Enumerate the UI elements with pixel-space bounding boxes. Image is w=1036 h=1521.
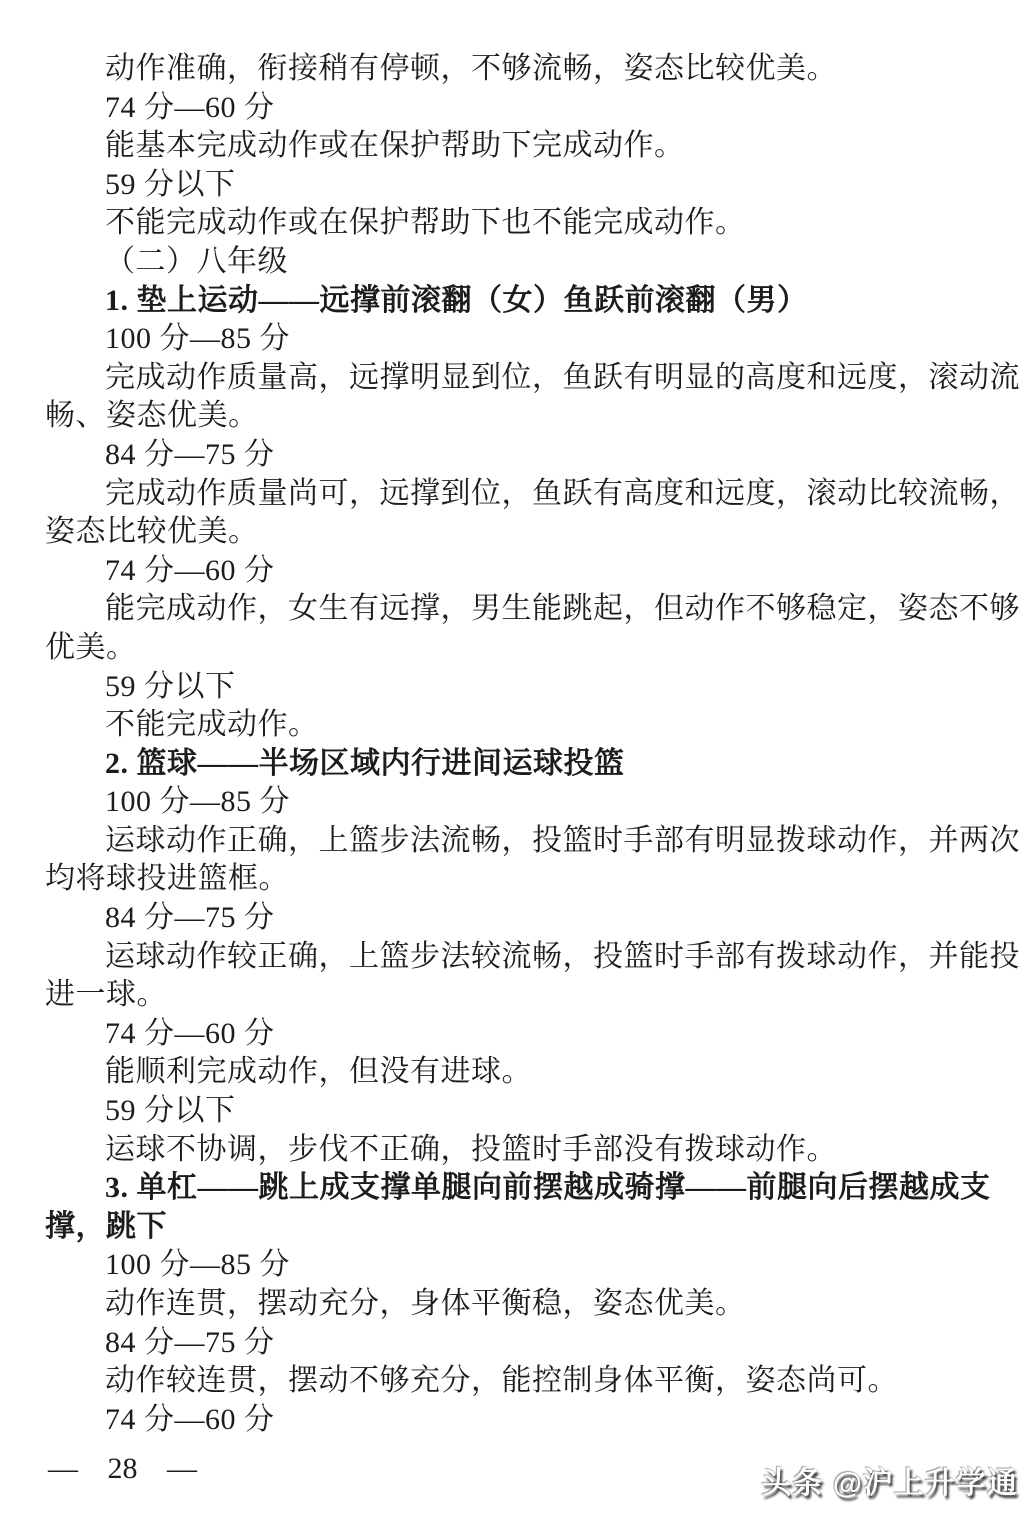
text-line: 运球不协调，步伐不正确，投篮时手部没有拨球动作。 (45, 1131, 1010, 1170)
text-line: 畅、姿态优美。 (45, 397, 1010, 436)
text-line: 能完成动作，女生有远撑，男生能跳起，但动作不够稳定，姿态不够 (45, 590, 1010, 629)
text-line: 完成动作质量尚可，远撑到位，鱼跃有高度和远度，滚动比较流畅， (45, 475, 1010, 514)
text-line: 运球动作正确，上篮步法流畅，投篮时手部有明显拨球动作，并两次 (45, 822, 1010, 861)
text-line: 动作较连贯，摆动不够充分，能控制身体平衡，姿态尚可。 (45, 1362, 1010, 1401)
text-line: （二）八年级 (45, 243, 1010, 282)
page-content: 动作准确，衔接稍有停顿，不够流畅，姿态比较优美。74 分—60 分能基本完成动作… (45, 50, 1010, 1439)
text-line: 均将球投进篮框。 (45, 860, 1010, 899)
text-line: 进一球。 (45, 976, 1010, 1015)
text-line: 姿态比较优美。 (45, 513, 1010, 552)
text-line: 动作连贯，摆动充分，身体平衡稳，姿态优美。 (45, 1285, 1010, 1324)
text-line: 74 分—60 分 (45, 1015, 1010, 1054)
document-page: 动作准确，衔接稍有停顿，不够流畅，姿态比较优美。74 分—60 分能基本完成动作… (0, 0, 1036, 1521)
text-line: 完成动作质量高，远撑明显到位，鱼跃有明显的高度和远度，滚动流 (45, 359, 1010, 398)
heading-line: 撑，跳下 (45, 1208, 1010, 1247)
heading-line: 3. 单杠——跳上成支撑单腿向前摆越成骑撑——前腿向后摆越成支 (45, 1169, 1010, 1208)
text-line: 优美。 (45, 629, 1010, 668)
text-line: 59 分以下 (45, 668, 1010, 707)
text-line: 能基本完成动作或在保护帮助下完成动作。 (45, 127, 1010, 166)
text-line: 运球动作较正确，上篮步法较流畅，投篮时手部有拨球动作，并能投 (45, 938, 1010, 977)
page-number: — 28 — (48, 1452, 197, 1486)
text-line: 100 分—85 分 (45, 1246, 1010, 1285)
text-line: 59 分以下 (45, 166, 1010, 205)
text-line: 74 分—60 分 (45, 1401, 1010, 1440)
heading-line: 2. 篮球——半场区域内行进间运球投篮 (45, 745, 1010, 784)
text-line: 100 分—85 分 (45, 783, 1010, 822)
text-line: 动作准确，衔接稍有停顿，不够流畅，姿态比较优美。 (45, 50, 1010, 89)
text-line: 84 分—75 分 (45, 899, 1010, 938)
heading-line: 1. 垫上运动——远撑前滚翻（女）鱼跃前滚翻（男） (45, 282, 1010, 321)
text-line: 84 分—75 分 (45, 436, 1010, 475)
toutiao-watermark: 头条 @沪上升学通 (761, 1458, 1018, 1502)
text-line: 84 分—75 分 (45, 1324, 1010, 1363)
text-line: 不能完成动作。 (45, 706, 1010, 745)
text-line: 能顺利完成动作，但没有进球。 (45, 1053, 1010, 1092)
text-line: 74 分—60 分 (45, 89, 1010, 128)
text-line: 不能完成动作或在保护帮助下也不能完成动作。 (45, 204, 1010, 243)
text-line: 74 分—60 分 (45, 552, 1010, 591)
text-line: 59 分以下 (45, 1092, 1010, 1131)
text-line: 100 分—85 分 (45, 320, 1010, 359)
